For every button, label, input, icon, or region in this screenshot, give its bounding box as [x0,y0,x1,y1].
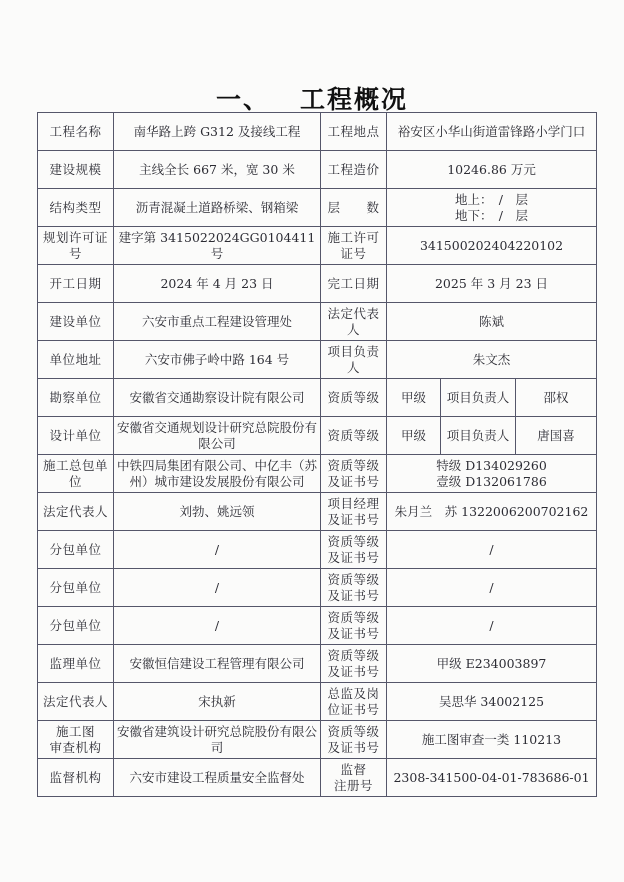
table-row: 勘察单位 安徽省交通勘察设计院有限公司 资质等级 甲级 项目负责人 邵权 [38,379,597,417]
label-design-grade: 资质等级 [321,417,387,455]
label-floors: 层 数 [321,189,387,227]
value-subcontractor-cert: / [387,569,597,607]
table-row: 分包单位 / 资质等级及证书号 / [38,569,597,607]
label-subcontractor: 分包单位 [38,531,114,569]
value-supervision-unit: 安徽恒信建设工程管理有限公司 [114,645,321,683]
contractor-cert-1: 特级 D134029260 [390,458,593,474]
value-contractor-legal-rep: 刘勃、姚远领 [114,493,321,531]
table-row: 分包单位 / 资质等级及证书号 / [38,607,597,645]
table-row: 建设单位 六安市重点工程建设管理处 法定代表人 陈斌 [38,303,597,341]
value-oversight-agency: 六安市建设工程质量安全监督处 [114,759,321,797]
value-survey-person: 邵权 [516,379,597,417]
table-row: 监督机构 六安市建设工程质量安全监督处 监督 注册号 2308-341500-0… [38,759,597,797]
label-project-location: 工程地点 [321,113,387,151]
value-structure-type: 沥青混凝土道路桥梁、钢箱梁 [114,189,321,227]
label-oversight-reg-no: 监督 注册号 [321,759,387,797]
table-row: 法定代表人 刘勃、姚远领 项目经理及证书号 朱月兰 苏 132200620070… [38,493,597,531]
value-oversight-reg-no: 2308-341500-04-01-783686-01 [387,759,597,797]
label-survey-grade: 资质等级 [321,379,387,417]
value-planning-permit: 建字第 3415022024GG0104411 号 [114,227,321,265]
table-row: 分包单位 / 资质等级及证书号 / [38,531,597,569]
label-start-date: 开工日期 [38,265,114,303]
value-contractor-cert: 特级 D134029260 壹级 D132061786 [387,455,597,493]
value-legal-rep: 陈斌 [387,303,597,341]
label-line-1: 施工图 [41,724,110,740]
label-supervision-unit: 监理单位 [38,645,114,683]
table-row: 结构类型 沥青混凝土道路桥梁、钢箱梁 层 数 地上： / 层 地下： / 层 [38,189,597,227]
value-subcontractor-cert: / [387,607,597,645]
label-planning-permit: 规划许可证号 [38,227,114,265]
section-number: 一、 [216,85,270,114]
table-row: 法定代表人 宋执新 总监及岗位证书号 吴思华 34002125 [38,683,597,721]
label-general-contractor: 施工总包单位 [38,455,114,493]
table-row: 建设规模 主线全长 667 米，宽 30 米 工程造价 10246.86 万元 [38,151,597,189]
label-line-2: 注册号 [324,778,383,794]
label-developer: 建设单位 [38,303,114,341]
table-row: 工程名称 南华路上跨 G312 及接线工程 工程地点 裕安区小华山街道雷锋路小学… [38,113,597,151]
label-line-2: 审查机构 [41,740,110,756]
label-project-name: 工程名称 [38,113,114,151]
label-structure-type: 结构类型 [38,189,114,227]
label-supervision-cert: 资质等级及证书号 [321,645,387,683]
label-subcontractor: 分包单位 [38,569,114,607]
value-design-unit: 安徽省交通规划设计研究总院股份有限公司 [114,417,321,455]
label-address: 单位地址 [38,341,114,379]
value-construction-permit: 341500202404220102 [387,227,597,265]
label-contractor-cert: 资质等级及证书号 [321,455,387,493]
table-row: 开工日期 2024 年 4 月 23 日 完工日期 2025 年 3 月 23 … [38,265,597,303]
label-chief-supervisor: 总监及岗位证书号 [321,683,387,721]
label-drawing-review-agency: 施工图 审查机构 [38,721,114,759]
label-design-person: 项目负责人 [441,417,516,455]
value-project-location: 裕安区小华山街道雷锋路小学门口 [387,113,597,151]
label-project-lead: 项目负责人 [321,341,387,379]
label-review-cert: 资质等级及证书号 [321,721,387,759]
value-developer: 六安市重点工程建设管理处 [114,303,321,341]
label-line-1: 监督 [324,762,383,778]
label-survey-unit: 勘察单位 [38,379,114,417]
value-construction-scale: 主线全长 667 米，宽 30 米 [114,151,321,189]
contractor-cert-2: 壹级 D132061786 [390,474,593,490]
value-project-manager: 朱月兰 苏 1322006200702162 [387,493,597,531]
value-chief-supervisor: 吴思华 34002125 [387,683,597,721]
value-general-contractor: 中铁四局集团有限公司、中亿丰（苏州）城市建设发展股份有限公司 [114,455,321,493]
value-floors: 地上： / 层 地下： / 层 [387,189,597,227]
value-project-lead: 朱文杰 [387,341,597,379]
value-project-cost: 10246.86 万元 [387,151,597,189]
value-subcontractor-cert: / [387,531,597,569]
value-survey-grade: 甲级 [387,379,441,417]
label-design-unit: 设计单位 [38,417,114,455]
label-subcontractor: 分包单位 [38,607,114,645]
value-design-grade: 甲级 [387,417,441,455]
label-project-cost: 工程造价 [321,151,387,189]
value-subcontractor: / [114,607,321,645]
table-row: 设计单位 安徽省交通规划设计研究总院股份有限公司 资质等级 甲级 项目负责人 唐… [38,417,597,455]
value-supervision-legal-rep: 宋执新 [114,683,321,721]
value-survey-unit: 安徽省交通勘察设计院有限公司 [114,379,321,417]
value-completion-date: 2025 年 3 月 23 日 [387,265,597,303]
label-construction-permit: 施工许可证号 [321,227,387,265]
label-supervision-legal-rep: 法定代表人 [38,683,114,721]
value-address: 六安市佛子岭中路 164 号 [114,341,321,379]
page-title: 一、工程概况 [0,80,624,116]
label-contractor-legal-rep: 法定代表人 [38,493,114,531]
table-row: 施工图 审查机构 安徽省建筑设计研究总院股份有限公司 资质等级及证书号 施工图审… [38,721,597,759]
label-survey-person: 项目负责人 [441,379,516,417]
floors-below: 地下： / 层 [390,208,593,224]
project-overview-table: 工程名称 南华路上跨 G312 及接线工程 工程地点 裕安区小华山街道雷锋路小学… [37,112,597,797]
value-subcontractor: / [114,569,321,607]
value-subcontractor: / [114,531,321,569]
section-title: 工程概况 [300,85,408,114]
label-legal-rep: 法定代表人 [321,303,387,341]
floors-above: 地上： / 层 [390,192,593,208]
table-row: 监理单位 安徽恒信建设工程管理有限公司 资质等级及证书号 甲级 E2340038… [38,645,597,683]
label-construction-scale: 建设规模 [38,151,114,189]
table-row: 单位地址 六安市佛子岭中路 164 号 项目负责人 朱文杰 [38,341,597,379]
table-row: 规划许可证号 建字第 3415022024GG0104411 号 施工许可证号 … [38,227,597,265]
value-supervision-cert: 甲级 E234003897 [387,645,597,683]
label-subcontractor-cert: 资质等级及证书号 [321,607,387,645]
label-completion-date: 完工日期 [321,265,387,303]
label-subcontractor-cert: 资质等级及证书号 [321,569,387,607]
value-design-person: 唐国喜 [516,417,597,455]
value-project-name: 南华路上跨 G312 及接线工程 [114,113,321,151]
label-project-manager: 项目经理及证书号 [321,493,387,531]
label-subcontractor-cert: 资质等级及证书号 [321,531,387,569]
value-start-date: 2024 年 4 月 23 日 [114,265,321,303]
table-row: 施工总包单位 中铁四局集团有限公司、中亿丰（苏州）城市建设发展股份有限公司 资质… [38,455,597,493]
label-oversight-agency: 监督机构 [38,759,114,797]
value-review-cert: 施工图审查一类 110213 [387,721,597,759]
value-drawing-review-agency: 安徽省建筑设计研究总院股份有限公司 [114,721,321,759]
